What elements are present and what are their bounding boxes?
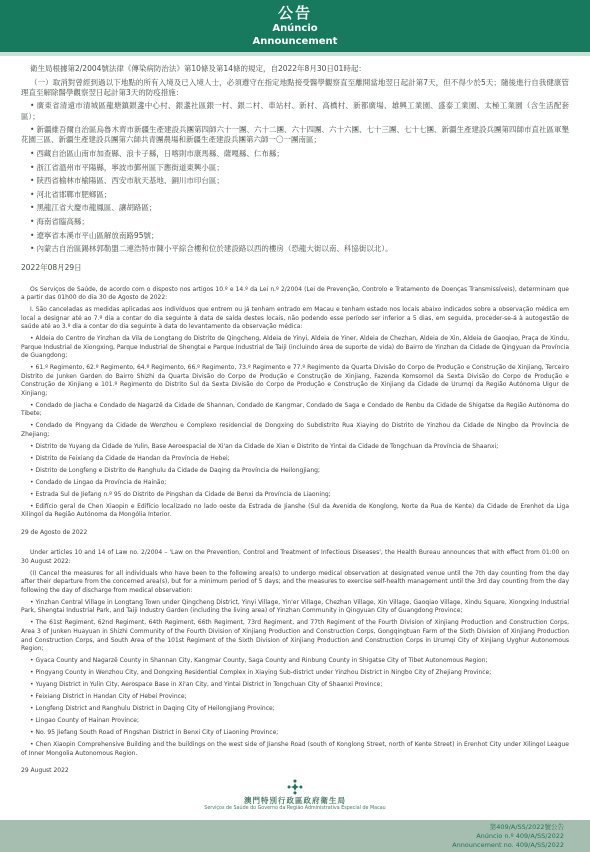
bullet-icon: •: [30, 503, 34, 510]
area-bullet-text: Aldeia do Centro de Yinzhan da Vila de L…: [21, 335, 569, 359]
area-bullet-item: •黑龍江省大慶市龍鳳區、讓胡路區；: [21, 203, 569, 213]
bullet-icon: •: [30, 125, 34, 134]
area-bullet-text: 內蒙古自治區錫林郭勒盟二連浩特市陳小平綜合樓和位於建設路以西的樓房（恐龍大街以南…: [36, 244, 392, 253]
area-bullet-item: •Longfeng District and Ranghulu District…: [21, 705, 569, 714]
area-bullet-item: •海南省臨高縣；: [21, 217, 569, 227]
bullet-icon: •: [30, 364, 34, 371]
area-bullet-item: •Edifício geral de Chen Xiaopin e Edifíc…: [21, 503, 569, 520]
bullet-icon: •: [30, 335, 34, 342]
en-area-list: •Yinzhan Central Village in Longtang Tow…: [21, 599, 569, 758]
area-bullet-item: •河北省邯鄲市肥鄉區；: [21, 190, 569, 200]
bullet-icon: •: [30, 163, 34, 172]
en-date: 29 August 2022: [21, 767, 569, 776]
pt-legal-basis-paragraph: Os Serviços de Saúde, de acordo com o di…: [21, 286, 569, 303]
area-bullet-text: Edifício geral de Chen Xiaopin e Edifíci…: [21, 503, 569, 519]
zh-area-list: •廣東省清遠市清城區龍塘鎮銀盞中心村、銀盞社區銀一村、銀二村、車站村、新村、高橋…: [21, 101, 569, 254]
area-bullet-item: •Aldeia do Centro de Yinzhan da Vila de …: [21, 335, 569, 361]
bullet-icon: •: [30, 705, 34, 712]
pt-area-list: •Aldeia do Centro de Yinzhan da Vila de …: [21, 335, 569, 520]
reference-number-en: Announcement no. 409/A/SS/2022: [0, 841, 564, 850]
area-bullet-text: Distrito de Yuyang da Cidade de Yulin, B…: [36, 443, 499, 450]
area-bullet-item: •The 61st Regiment, 62nd Regiment, 64th …: [21, 619, 569, 653]
area-bullet-item: •內蒙古自治區錫林郭勒盟二連浩特市陳小平綜合樓和位於建設路以西的樓房（恐龍大街以…: [21, 244, 569, 254]
area-bullet-item: •西藏自治區山南市加查縣、浪卡子縣，日喀則市康馬縣、薩嘎縣、仁布縣；: [21, 149, 569, 159]
area-bullet-text: Feixiang District in Handan City of Hebe…: [36, 693, 187, 700]
area-bullet-item: •遼寧省本溪市平山區解放南路95號；: [21, 231, 569, 241]
area-bullet-item: •新疆維吾爾自治區烏魯木齊市新疆生產建設兵團第四師六十一團、六十二團、六十四團、…: [21, 125, 569, 145]
bullet-icon: •: [30, 176, 34, 185]
area-bullet-item: •Yinzhan Central Village in Longtang Tow…: [21, 599, 569, 616]
area-bullet-item: •陝西省榆林市榆陽區、西安市航天基地、銅川市印台區；: [21, 176, 569, 186]
area-bullet-text: Lingao County of Hainan Province;: [36, 717, 139, 724]
zh-legal-basis-paragraph: 衛生局根據第2/2004號法律《傳染病防治法》第10條及第14條的規定，自202…: [21, 64, 569, 74]
area-bullet-text: Distrito de Feixiang da Cidade de Handan…: [36, 455, 230, 462]
en-legal-basis-paragraph: Under articles 10 and 14 of Law no. 2/20…: [21, 549, 569, 566]
page-title-zh: 公告: [0, 4, 590, 22]
bullet-icon: •: [30, 231, 34, 240]
bullet-icon: •: [30, 244, 34, 253]
area-bullet-item: •Distrito de Longfeng e Distrito de Rang…: [21, 467, 569, 476]
bullet-icon: •: [30, 729, 34, 736]
issuer-block: 澳門特別行政區政府衛生局 Serviços de Saúde do Govern…: [0, 779, 590, 812]
reference-number-zh: 第409/A/SS/2022號公告: [0, 823, 564, 832]
en-measures-paragraph: (I) Cancel the measures for all individu…: [21, 570, 569, 596]
area-bullet-item: •Chen Xiaopin Comprehensive Building and…: [21, 741, 569, 758]
area-bullet-item: •Lingao County of Hainan Province;: [21, 717, 569, 726]
announcement-body: 衛生局根據第2/2004號法律《傳染病防治法》第10條及第14條的規定，自202…: [0, 56, 590, 776]
section-portuguese: Os Serviços de Saúde, de acordo com o di…: [21, 286, 569, 538]
area-bullet-text: 61.º Regimento, 62.º Regimento, 64.º Reg…: [21, 364, 569, 397]
area-bullet-text: 陝西省榆林市榆陽區、西安市航天基地、銅川市印台區；: [36, 176, 224, 185]
pt-measures-paragraph: I. São canceladas as medidas aplicadas a…: [21, 306, 569, 332]
area-bullet-text: Condado de Jiacha e Condado de Nagarzê d…: [21, 402, 569, 418]
area-bullet-text: Chen Xiaopin Comprehensive Building and …: [21, 741, 569, 757]
issuer-name-pt: Serviços de Saúde do Governo da Região A…: [0, 805, 590, 812]
area-bullet-item: •No. 95 Jiefang South Road of Pingshan D…: [21, 729, 569, 738]
bullet-icon: •: [30, 203, 34, 212]
bullet-icon: •: [30, 717, 34, 724]
area-bullet-text: Longfeng District and Ranghulu District …: [36, 705, 275, 712]
zh-measures-paragraph: （一）取消對曾經到過以下地點的所有入境及已入境人士，必須遵守在指定地點接受醫學觀…: [21, 78, 569, 98]
zh-date: 2022年08月29日: [21, 263, 569, 273]
bullet-icon: •: [30, 422, 34, 429]
bullet-icon: •: [30, 101, 34, 110]
bullet-icon: •: [30, 619, 34, 626]
pt-date: 29 de Agosto de 2022: [21, 529, 569, 538]
reference-number-pt: Anúncio n.º 409/A/SS/2022: [0, 832, 564, 841]
area-bullet-text: No. 95 Jiefang South Road of Pingshan Di…: [36, 729, 279, 736]
area-bullet-item: •Distrito de Yuyang da Cidade de Yulin, …: [21, 443, 569, 452]
bullet-icon: •: [30, 402, 34, 409]
area-bullet-item: •Yuyang District in Yulin City, Aerospac…: [21, 681, 569, 690]
bullet-icon: •: [30, 479, 34, 486]
reference-bar: 第409/A/SS/2022號公告 Anúncio n.º 409/A/SS/2…: [0, 820, 590, 852]
area-bullet-text: Condado de Lingao da Província de Hainão…: [36, 479, 167, 486]
announcement-page: 公告 Anúncio Announcement 衛生局根據第2/2004號法律《…: [0, 0, 590, 852]
bullet-icon: •: [30, 657, 34, 664]
bullet-icon: •: [30, 149, 34, 158]
area-bullet-item: •Estrada Sul de Jiefang n.º 95 do Distri…: [21, 491, 569, 500]
area-bullet-item: •61.º Regimento, 62.º Regimento, 64.º Re…: [21, 364, 569, 398]
area-bullet-item: •Condado de Lingao da Província de Hainã…: [21, 479, 569, 488]
bullet-icon: •: [30, 455, 34, 462]
area-bullet-item: •Gyaca County and Nagarzê County in Shan…: [21, 657, 569, 666]
section-chinese: 衛生局根據第2/2004號法律《傳染病防治法》第10條及第14條的規定，自202…: [21, 64, 569, 274]
bullet-icon: •: [30, 681, 34, 688]
area-bullet-item: •Distrito de Feixiang da Cidade de Handa…: [21, 455, 569, 464]
area-bullet-text: 海南省臨高縣；: [36, 217, 89, 226]
bullet-icon: •: [30, 693, 34, 700]
bullet-icon: •: [30, 190, 34, 199]
area-bullet-item: •廣東省清遠市清城區龍塘鎮銀盞中心村、銀盞社區銀一村、銀二村、車站村、新村、高橋…: [21, 101, 569, 121]
area-bullet-text: Gyaca County and Nagarzê County in Shann…: [36, 657, 488, 664]
area-bullet-item: •Pingyang County in Wenzhou City, and Do…: [21, 669, 569, 678]
bullet-icon: •: [30, 217, 34, 226]
bullet-icon: •: [30, 491, 34, 498]
area-bullet-item: •Condado de Pingyang da Cidade de Wenzho…: [21, 422, 569, 439]
area-bullet-item: •Condado de Jiacha e Condado de Nagarzê …: [21, 402, 569, 419]
area-bullet-text: Yuyang District in Yulin City, Aerospace…: [36, 681, 383, 688]
issuer-name-zh: 澳門特別行政區政府衛生局: [0, 796, 590, 805]
area-bullet-item: •浙江省溫州市平陽縣，寧波市鄞州區下應街道東興小區；: [21, 163, 569, 173]
bullet-icon: •: [30, 467, 34, 474]
area-bullet-item: •Feixiang District in Handan City of Heb…: [21, 693, 569, 702]
area-bullet-text: 河北省邯鄲市肥鄉區；: [36, 190, 111, 199]
area-bullet-text: 新疆維吾爾自治區烏魯木齊市新疆生產建設兵團第四師六十一團、六十二團、六十四團、六…: [21, 125, 569, 144]
bullet-icon: •: [30, 599, 34, 606]
area-bullet-text: 西藏自治區山南市加查縣、浪卡子縣，日喀則市康馬縣、薩嘎縣、仁布縣；: [36, 149, 284, 158]
bullet-icon: •: [30, 669, 34, 676]
area-bullet-text: The 61st Regiment, 62nd Regiment, 64th R…: [21, 619, 569, 652]
area-bullet-text: Condado de Pingyang da Cidade de Wenzhou…: [21, 422, 569, 438]
area-bullet-text: 遼寧省本溪市平山區解放南路95號；: [36, 231, 158, 240]
area-bullet-text: Estrada Sul de Jiefang n.º 95 do Distrit…: [36, 491, 331, 498]
area-bullet-text: Yinzhan Central Village in Longtang Town…: [21, 599, 569, 615]
bullet-icon: •: [30, 741, 34, 748]
health-bureau-logo-icon: [287, 779, 303, 795]
page-title-pt: Anúncio: [0, 22, 590, 35]
bullet-icon: •: [30, 443, 34, 450]
area-bullet-text: 浙江省溫州市平陽縣，寧波市鄞州區下應街道東興小區；: [36, 163, 224, 172]
area-bullet-text: 廣東省清遠市清城區龍塘鎮銀盞中心村、銀盞社區銀一村、銀二村、車站村、新村、高橋村…: [21, 101, 569, 120]
area-bullet-text: 黑龍江省大慶市龍鳳區、讓胡路區；: [36, 203, 156, 212]
area-bullet-text: Distrito de Longfeng e Distrito de Rangh…: [36, 467, 320, 474]
header-banner: 公告 Anúncio Announcement: [0, 0, 590, 52]
area-bullet-text: Pingyang County in Wenzhou City, and Don…: [36, 669, 492, 676]
section-english: Under articles 10 and 14 of Law no. 2/20…: [21, 549, 569, 775]
page-title-en: Announcement: [0, 35, 590, 48]
